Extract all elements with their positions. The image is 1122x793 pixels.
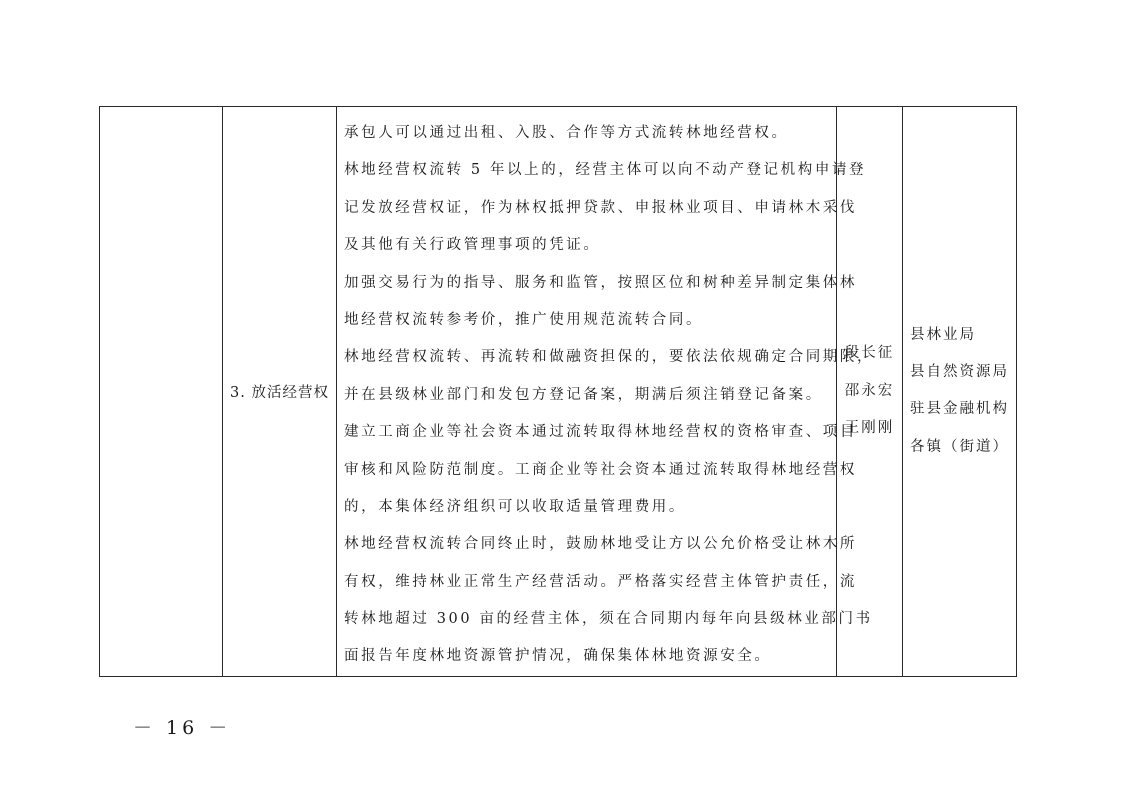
content-line: 林地经营权流转 5 年以上的，经营主体可以向不动产登记机构申请登 [344, 152, 836, 189]
list-item: 县自然资源局 [910, 354, 1016, 391]
list-item: 驻县金融机构 [910, 391, 1016, 428]
list-item: 各镇（街道） [910, 429, 1016, 466]
content-line: 审核和风险防范制度。工商企业等社会资本通过流转取得林地经营权 [344, 452, 836, 489]
content-line: 面报告年度林地资源管护情况，确保集体林地资源安全。 [344, 638, 836, 675]
page-number: － 16 － [133, 713, 231, 740]
task-name-cell: 3. 放活经营权 [223, 107, 337, 677]
table-row: 3. 放活经营权 承包人可以通过出租、入股、合作等方式流转林地经营权。林地经营权… [100, 107, 1017, 677]
list-item: 王刚刚 [837, 410, 902, 447]
content-line: 有权，维持林业正常生产经营活动。严格落实经营主体管护责任，流 [344, 564, 836, 601]
list-item: 邵永宏 [837, 373, 902, 410]
content-line: 并在县级林业部门和发包方登记备案，期满后须注销登记备案。 [344, 377, 836, 414]
content-line: 承包人可以通过出租、入股、合作等方式流转林地经营权。 [344, 115, 836, 152]
content-line: 林地经营权流转合同终止时，鼓励林地受让方以公允价格受让林木所 [344, 526, 836, 563]
content-line: 转林地超过 300 亩的经营主体，须在合同期内每年向县级林业部门书 [344, 601, 836, 638]
content-line: 记发放经营权证，作为林权抵押贷款、申报林业项目、申请林木采伐 [344, 190, 836, 227]
content-line: 加强交易行为的指导、服务和监管，按照区位和树种差异制定集体林 [344, 265, 836, 302]
content-line: 建立工商企业等社会资本通过流转取得林地经营权的资格审查、项目 [344, 414, 836, 451]
content-line: 林地经营权流转、再流转和做融资担保的，要依法依规确定合同期限， [344, 339, 836, 376]
task-content-cell: 承包人可以通过出租、入股、合作等方式流转林地经营权。林地经营权流转 5 年以上的… [337, 107, 837, 677]
content-line: 的，本集体经济组织可以收取适量管理费用。 [344, 489, 836, 526]
content-lines: 承包人可以通过出租、入股、合作等方式流转林地经营权。林地经营权流转 5 年以上的… [344, 107, 836, 676]
responsible-leaders-cell: 段长征邵永宏王刚刚 [837, 107, 903, 677]
responsible-units-cell: 县林业局县自然资源局驻县金融机构各镇（街道） [903, 107, 1017, 677]
content-line: 地经营权流转参考价，推广使用规范流转合同。 [344, 302, 836, 339]
content-line: 及其他有关行政管理事项的凭证。 [344, 227, 836, 264]
units-list: 县林业局县自然资源局驻县金融机构各镇（街道） [910, 317, 1016, 467]
task-table: 3. 放活经营权 承包人可以通过出租、入股、合作等方式流转林地经营权。林地经营权… [99, 106, 1017, 677]
list-item: 段长征 [837, 335, 902, 372]
leaders-list: 段长征邵永宏王刚刚 [837, 335, 902, 447]
list-item: 县林业局 [910, 317, 1016, 354]
category-cell [100, 107, 223, 677]
